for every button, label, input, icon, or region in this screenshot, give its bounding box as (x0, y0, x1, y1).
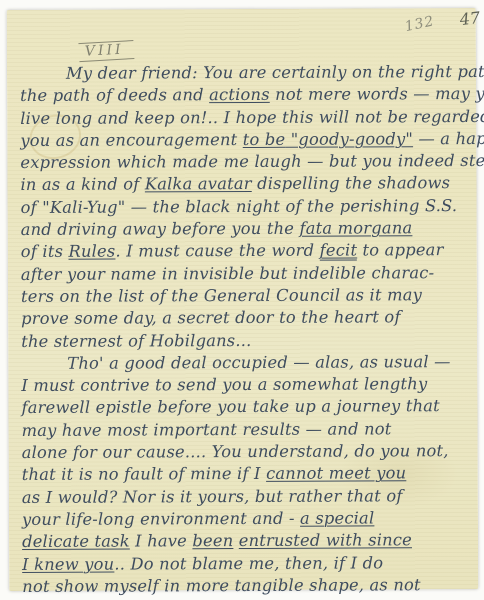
letter-text-segment: delicate task (22, 532, 130, 551)
letter-text-segment: prove some day, a secret door to the hea… (21, 308, 401, 329)
letter-text-segment: . I must cause the word (115, 241, 319, 261)
letter-line: that it is no fault of mine if I cannot … (22, 462, 478, 486)
letter-text-segment: actions (209, 85, 270, 104)
letter-text-segment: My dear friend: You are certainly on the… (66, 62, 484, 83)
letter-line: and driving away before you the fata mor… (21, 217, 477, 241)
letter-line: alone for our cause.... You understand, … (22, 440, 478, 464)
letter-text-segment: not mere words — may you (270, 84, 484, 104)
letter-text-segment: you as an encouragement (20, 130, 243, 150)
letter-text-segment: "goody-goody" (285, 129, 413, 149)
letter-line: I knew you.. Do not blame me, then, if I… (22, 552, 478, 576)
letter-text-segment: may have most important results — and no… (22, 419, 392, 440)
letter-text-segment: entrusted with since (239, 530, 412, 550)
letter-text-segment: after your name in invisible but indelib… (21, 263, 434, 284)
section-numeral: VIII (78, 40, 134, 62)
letter-line: of "Kali-Yug" — the black night of the p… (21, 195, 477, 219)
letter-text-segment: not show myself in more tangible shape, … (22, 575, 421, 596)
letter-text-segment: the sternest of Hobilgans... (21, 331, 251, 351)
letter-line: the path of deeds and actions not mere w… (20, 83, 476, 107)
letter-text-segment: alone for our cause.... You understand, … (22, 441, 449, 462)
letter-line: the sternest of Hobilgans... (21, 329, 477, 353)
letter-text-segment: live long and keep on!.. I hope this wil… (20, 106, 484, 127)
letter-line: may have most important results — and no… (22, 418, 478, 442)
letter-text-segment: farewell epistle before you take up a jo… (21, 397, 440, 418)
letter-text-segment: your life-long environment and - (22, 509, 300, 529)
letter-text-segment: of "Kali-Yug" — the black night of the p… (21, 196, 458, 217)
letter-line: of its Rules. I must cause the word feci… (21, 239, 477, 263)
letter-text-segment: — a happy (413, 129, 484, 148)
letter-text-segment: Tho' a good deal occupied — alas, as usu… (67, 352, 450, 373)
letter-text-segment: .. Do not blame me, then, if I do (114, 553, 383, 573)
letter-text-segment: I knew you (22, 554, 114, 573)
letter-text-segment: of its (21, 242, 69, 261)
letter-line: Tho' a good deal occupied — alas, as usu… (21, 351, 477, 375)
letter-line: farewell epistle before you take up a jo… (21, 395, 477, 419)
letter-text-segment: a special (300, 508, 374, 527)
letter-line: ters on the list of the General Council … (21, 284, 477, 308)
pencil-number: 132 (403, 13, 435, 35)
letter-text-segment: I have (130, 531, 193, 550)
letter-text-segment: fata morgana (299, 218, 412, 237)
letter-text-segment: been (192, 531, 233, 550)
letter-line: delicate task I have been entrusted with… (22, 529, 478, 553)
letter-line: as I would? Nor is it yours, but rather … (22, 485, 478, 509)
letter-line: not show myself in more tangible shape, … (22, 574, 478, 598)
letter-text-segment: the path of deeds and (20, 85, 209, 105)
letter-line: I must contrive to send you a somewhat l… (21, 373, 477, 397)
letter-text-segment: Kalka avatar (145, 174, 252, 193)
letter-line: in as a kind of Kalka avatar dispelling … (20, 172, 476, 196)
letter-text-segment: cannot meet you (266, 464, 406, 484)
letter-text-segment: to be (243, 130, 286, 149)
letter-line: prove some day, a secret door to the hea… (21, 306, 477, 330)
letter-paper: VIII 132 47 My dear friend: You are cert… (7, 8, 479, 591)
letter-body: My dear friend: You are certainly on the… (20, 61, 478, 598)
letter-text-segment: dispelling the shadows (252, 174, 451, 194)
letter-line: live long and keep on!.. I hope this wil… (20, 106, 476, 130)
letter-text-segment: that it is no fault of mine if I (22, 464, 266, 484)
letter-text-segment: as I would? Nor is it yours, but rather … (22, 486, 403, 507)
letter-text-segment: in as a kind of (20, 175, 144, 195)
letter-text-segment: to appear (357, 240, 443, 259)
letter-text-segment: ters on the list of the General Council … (21, 285, 422, 306)
page-number: 47 (459, 8, 481, 29)
letter-text-segment: expression which made me laugh — but you… (20, 151, 484, 172)
letter-line: your life-long environment and - a speci… (22, 507, 478, 531)
letter-text-segment: and driving away before you the (21, 219, 300, 239)
letter-line: you as an encouragement to be "goody-goo… (20, 128, 476, 152)
scanned-letter-page: VIII 132 47 My dear friend: You are cert… (0, 0, 484, 600)
letter-text-segment: I must contrive to send you a somewhat l… (21, 374, 427, 395)
letter-text-segment: fecit (320, 241, 358, 261)
letter-line: My dear friend: You are certainly on the… (20, 61, 476, 85)
letter-line: expression which made me laugh — but you… (20, 150, 476, 174)
letter-line: after your name in invisible but indelib… (21, 262, 477, 286)
letter-text-segment: Rules (68, 242, 115, 261)
